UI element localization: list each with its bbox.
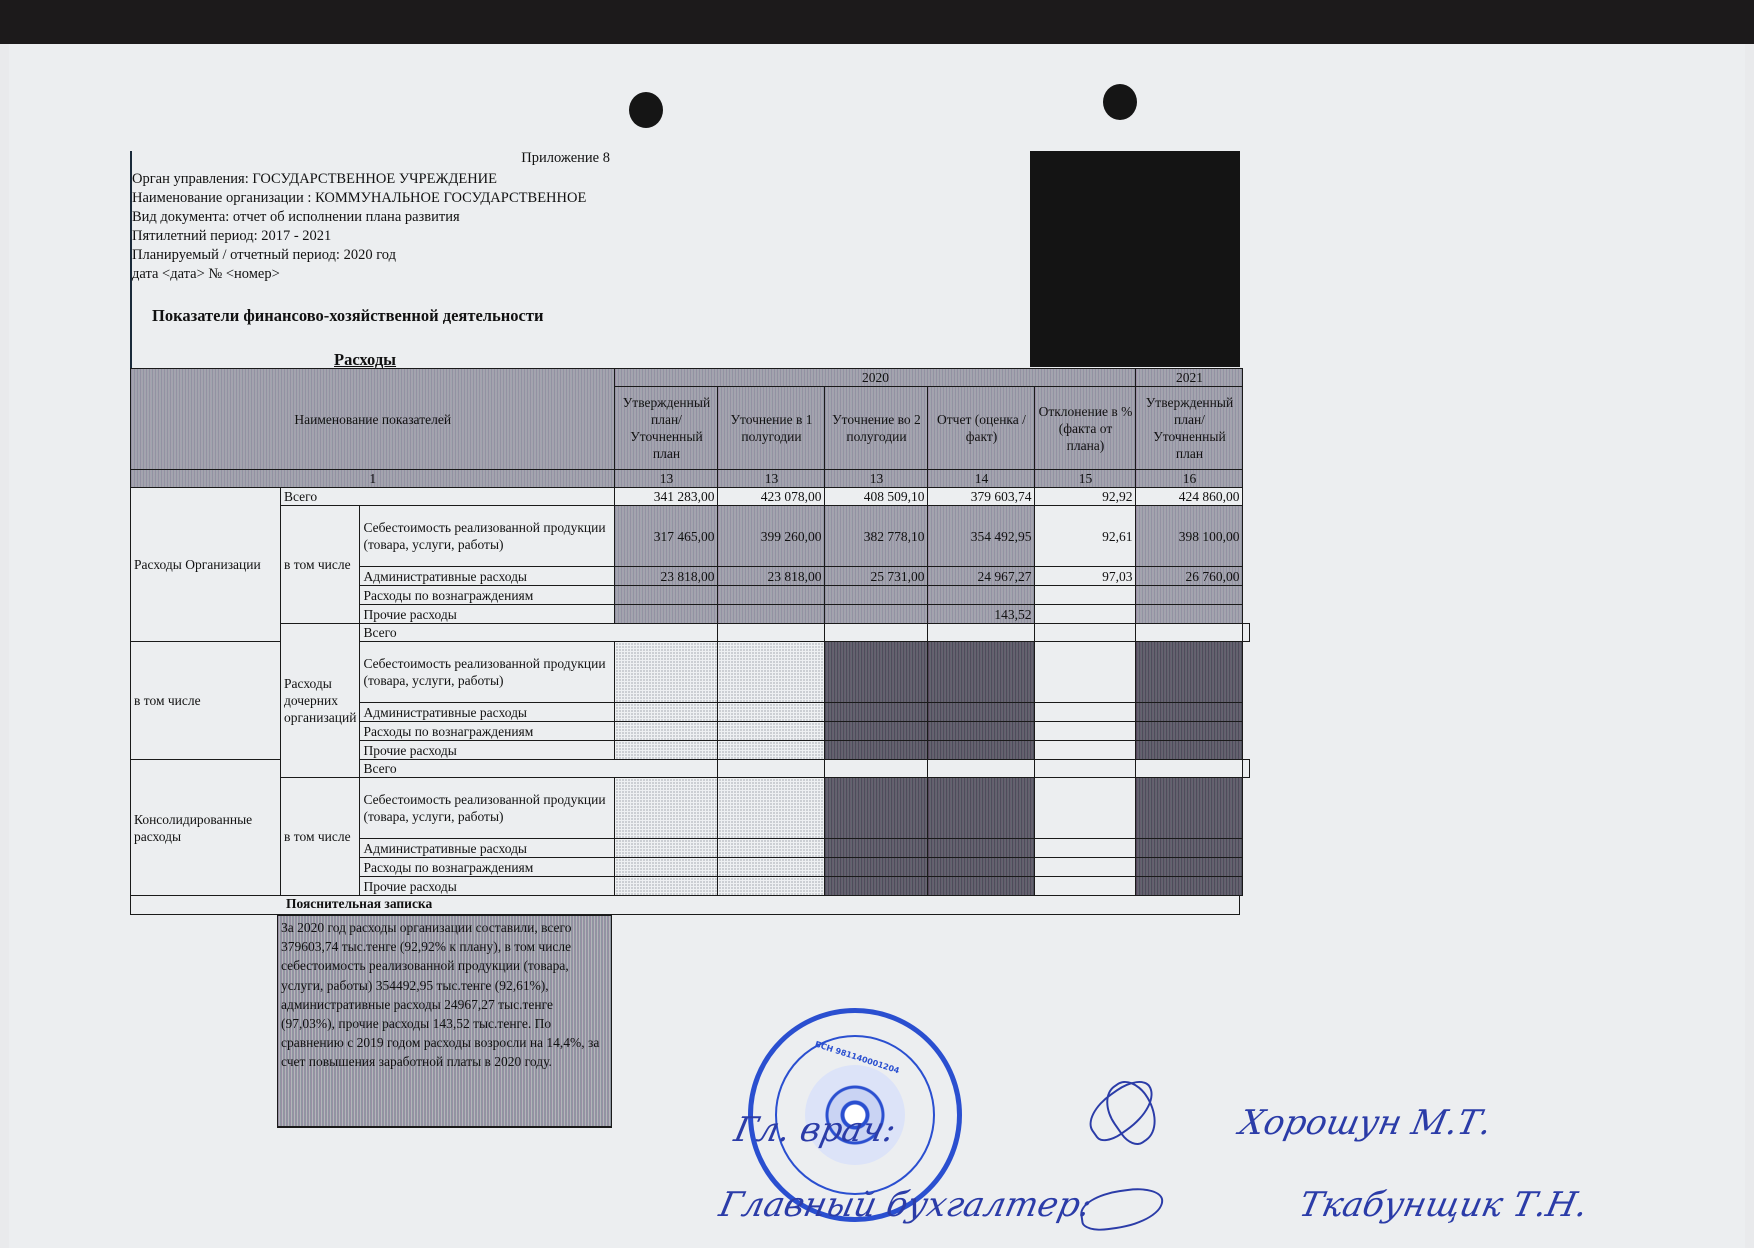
row-label-cost-of-goods: Себестоимость реализованной продукции (т… [360, 778, 615, 839]
cell-total: 424 860,00 [1136, 488, 1243, 506]
table-row-cost-of-goods: в том числеСебестоимость реализованной п… [131, 506, 1250, 567]
cell-total [718, 624, 825, 642]
cell-cost-of-goods: 398 100,00 [1136, 506, 1243, 567]
cell-admin-expenses [825, 839, 928, 858]
row-label-other-expenses: Прочие расходы [360, 741, 615, 760]
cell-total [825, 760, 928, 778]
section-label: Расходы Организации [131, 488, 281, 642]
cell-cost-of-goods [1136, 778, 1243, 839]
cell-other-expenses [825, 741, 928, 760]
row-label-admin-expenses: Административные расходы [360, 839, 615, 858]
cell-cost-of-goods [1136, 642, 1243, 703]
cell-admin-expenses: 26 760,00 [1136, 567, 1243, 586]
cell-admin-expenses [1035, 703, 1136, 722]
meta-date-number: дата <дата> № <номер> [132, 265, 280, 284]
row-label-interest-expenses: Расходы по вознаграждениям [360, 586, 615, 605]
signature-name-chief-doctor: Хорошун М.Т. [1236, 1103, 1496, 1143]
table-row-total: Расходы дочерних организацийВсего [131, 624, 1250, 642]
header-col-report-fact: Отчет (оценка / факт) [928, 387, 1035, 470]
cell-other-expenses [1035, 605, 1136, 624]
section-label: Консолидированные расходы [131, 760, 281, 896]
col-number: 16 [1136, 470, 1243, 488]
explanatory-note-heading: Пояснительная записка [130, 895, 1240, 915]
cell-interest-expenses [1136, 858, 1243, 877]
scanner-top-strip [0, 0, 1754, 44]
page-title: Показатели финансово-хозяйственной деяте… [152, 306, 543, 326]
cell-admin-expenses: 97,03 [1035, 567, 1136, 586]
cell-admin-expenses [825, 703, 928, 722]
row-label-admin-expenses: Административные расходы [360, 567, 615, 586]
row-label-cost-of-goods: Себестоимость реализованной продукции (т… [360, 506, 615, 567]
cell-admin-expenses: 23 818,00 [615, 567, 718, 586]
cell-total [1243, 624, 1250, 642]
col-number: 15 [1035, 470, 1136, 488]
cell-cost-of-goods [1035, 778, 1136, 839]
section-label: Расходы дочерних организаций [281, 624, 360, 778]
header-year-2021: 2021 [1136, 369, 1243, 387]
cell-total [928, 624, 1035, 642]
cell-total: 408 509,10 [825, 488, 928, 506]
cell-other-expenses: 143,52 [928, 605, 1035, 624]
row-label-cost-of-goods: Себестоимость реализованной продукции (т… [360, 642, 615, 703]
cell-admin-expenses [1035, 839, 1136, 858]
cell-total [825, 624, 928, 642]
cell-interest-expenses [615, 858, 718, 877]
cell-admin-expenses [1136, 703, 1243, 722]
row-label-total: Всего [360, 624, 718, 642]
row-label-admin-expenses: Административные расходы [360, 703, 615, 722]
cell-total [718, 760, 825, 778]
cell-total [1035, 624, 1136, 642]
cell-total [928, 760, 1035, 778]
cell-cost-of-goods [928, 778, 1035, 839]
cell-other-expenses [1136, 605, 1243, 624]
row-label-including: в том числе [131, 642, 281, 760]
table-row-total: Расходы ОрганизацииВсего341 283,00423 07… [131, 488, 1250, 506]
expenses-table: Наименование показателей 2020 2021 Утвер… [130, 368, 1250, 896]
cell-interest-expenses [928, 722, 1035, 741]
row-label-interest-expenses: Расходы по вознаграждениям [360, 858, 615, 877]
row-label-including: в том числе [281, 506, 360, 624]
cell-interest-expenses [1136, 722, 1243, 741]
cell-other-expenses [718, 877, 825, 896]
cell-interest-expenses [1035, 722, 1136, 741]
cell-interest-expenses [928, 586, 1035, 605]
meta-five-year-period: Пятилетний период: 2017 - 2021 [132, 227, 331, 246]
cell-other-expenses [928, 741, 1035, 760]
meta-document-type: Вид документа: отчет об исполнении плана… [132, 208, 460, 227]
cell-cost-of-goods: 382 778,10 [825, 506, 928, 567]
cell-total: 341 283,00 [615, 488, 718, 506]
cell-interest-expenses [615, 586, 718, 605]
explanatory-note-heading-text: Пояснительная записка [286, 896, 432, 912]
punch-hole [1103, 84, 1137, 120]
signature-role-chief-accountant: Главный бухгалтер: [716, 1185, 1096, 1225]
redacted-block [1030, 151, 1240, 367]
cell-interest-expenses [718, 722, 825, 741]
signature-name-chief-accountant: Ткабунщик Т.Н. [1296, 1185, 1592, 1225]
cell-interest-expenses [825, 586, 928, 605]
cell-cost-of-goods [825, 642, 928, 703]
cell-admin-expenses [928, 839, 1035, 858]
cell-other-expenses [825, 605, 928, 624]
explanatory-note-text: За 2020 год расходы организации составил… [277, 915, 612, 1128]
cell-interest-expenses [615, 722, 718, 741]
col-number: 13 [825, 470, 928, 488]
col-number: 14 [928, 470, 1035, 488]
cell-interest-expenses [1035, 586, 1136, 605]
cell-interest-expenses [825, 722, 928, 741]
row-label-interest-expenses: Расходы по вознаграждениям [360, 722, 615, 741]
cell-cost-of-goods [615, 642, 718, 703]
row-label-total: Всего [360, 760, 718, 778]
cell-other-expenses [1035, 877, 1136, 896]
header-indicator-name: Наименование показателей [131, 369, 615, 470]
cell-other-expenses [1136, 877, 1243, 896]
cell-total [1243, 760, 1250, 778]
cell-other-expenses [928, 877, 1035, 896]
cell-total: 423 078,00 [718, 488, 825, 506]
row-label-other-expenses: Прочие расходы [360, 605, 615, 624]
cell-other-expenses [1035, 741, 1136, 760]
cell-cost-of-goods: 354 492,95 [928, 506, 1035, 567]
cell-cost-of-goods: 399 260,00 [718, 506, 825, 567]
header-year-2020: 2020 [615, 369, 1136, 387]
cell-interest-expenses [718, 586, 825, 605]
row-label-total: Всего [281, 488, 615, 506]
cell-cost-of-goods: 92,61 [1035, 506, 1136, 567]
cell-other-expenses [615, 877, 718, 896]
header-col-h1-adjustment: Уточнение в 1 полугодии [718, 387, 825, 470]
cell-interest-expenses [1136, 586, 1243, 605]
cell-cost-of-goods [615, 778, 718, 839]
cell-other-expenses [718, 605, 825, 624]
cell-other-expenses [718, 741, 825, 760]
cell-cost-of-goods [928, 642, 1035, 703]
cell-cost-of-goods [718, 778, 825, 839]
col-number: 1 [131, 470, 615, 488]
meta-management-body: Орган управления: ГОСУДАРСТВЕННОЕ УЧРЕЖД… [132, 170, 497, 189]
cell-admin-expenses: 25 731,00 [825, 567, 928, 586]
cell-admin-expenses [615, 703, 718, 722]
meta-reporting-period: Планируемый / отчетный период: 2020 год [132, 246, 396, 265]
header-col-deviation-pct: Отклонение в % (факта от плана) [1035, 387, 1136, 470]
col-number: 13 [615, 470, 718, 488]
cell-admin-expenses [615, 839, 718, 858]
header-col-h2-adjustment: Уточнение во 2 полугодии [825, 387, 928, 470]
cell-total: 92,92 [1035, 488, 1136, 506]
cell-cost-of-goods [825, 778, 928, 839]
cell-cost-of-goods [1035, 642, 1136, 703]
header-col-approved-plan-2021: Утвержденный план/Уточненный план [1136, 387, 1243, 470]
cell-other-expenses [1136, 741, 1243, 760]
cell-other-expenses [615, 741, 718, 760]
cell-total [1136, 760, 1243, 778]
cell-admin-expenses [928, 703, 1035, 722]
cell-interest-expenses [718, 858, 825, 877]
cell-admin-expenses [1136, 839, 1243, 858]
header-col-approved-plan: Утвержденный план/Уточненный план [615, 387, 718, 470]
cell-admin-expenses: 23 818,00 [718, 567, 825, 586]
cell-other-expenses [615, 605, 718, 624]
section-subtitle: Расходы [334, 350, 396, 370]
punch-hole [629, 92, 663, 128]
table-row-cost-of-goods: в том числеСебестоимость реализованной п… [131, 778, 1250, 839]
row-label-other-expenses: Прочие расходы [360, 877, 615, 896]
cell-interest-expenses [928, 858, 1035, 877]
cell-cost-of-goods: 317 465,00 [615, 506, 718, 567]
cell-admin-expenses: 24 967,27 [928, 567, 1035, 586]
cell-admin-expenses [718, 703, 825, 722]
row-label-including: в том числе [281, 778, 360, 896]
meta-organization-name: Наименование организации : КОММУНАЛЬНОЕ … [132, 189, 586, 208]
cell-cost-of-goods [718, 642, 825, 703]
cell-total: 379 603,74 [928, 488, 1035, 506]
signature-role-chief-doctor: Гл. врач: [731, 1110, 900, 1150]
appendix-label: Приложение 8 [430, 150, 610, 167]
cell-admin-expenses [718, 839, 825, 858]
cell-total [1035, 760, 1136, 778]
cell-interest-expenses [1035, 858, 1136, 877]
cell-interest-expenses [825, 858, 928, 877]
cell-total [1136, 624, 1243, 642]
col-number: 13 [718, 470, 825, 488]
cell-other-expenses [825, 877, 928, 896]
